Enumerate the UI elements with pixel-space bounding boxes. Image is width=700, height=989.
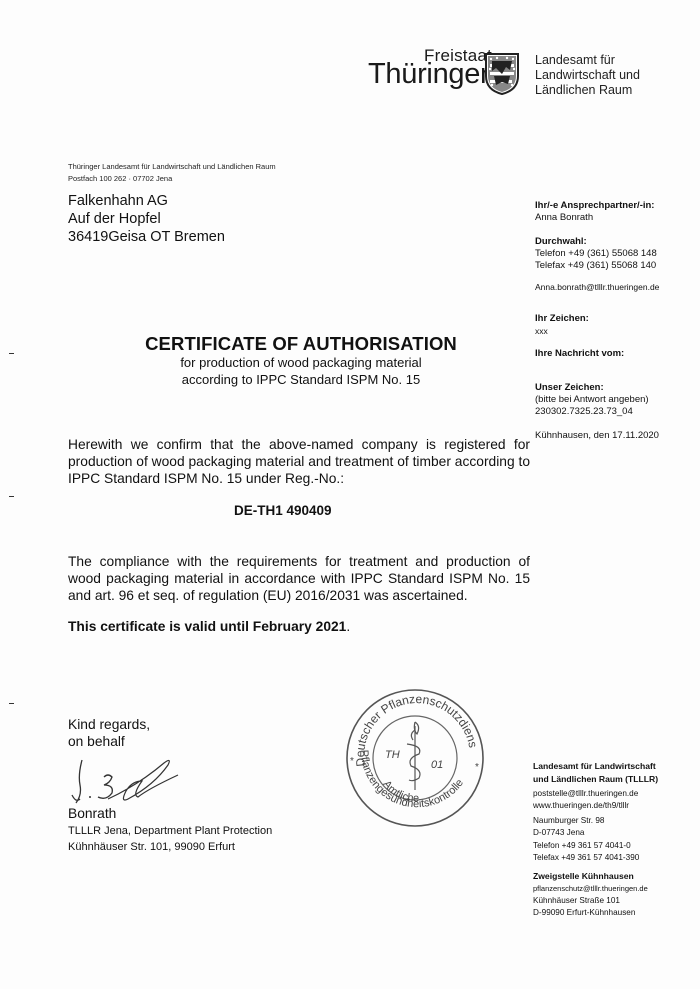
certificate-subtitle: for production of wood packaging materia… (130, 354, 472, 388)
direct-label: Durchwahl: (535, 236, 587, 247)
closing-on-behalf: on behalf (68, 733, 150, 750)
logo-thueringen: Thüringen (368, 58, 496, 91)
footer-phone-block: Telefon +49 361 57 4041-0 Telefax +49 36… (533, 840, 639, 864)
place-date: Kühnhausen, den 17.11.2020 (535, 430, 659, 442)
signer-address: Kühnhäuser Str. 101, 99090 Erfurt (68, 841, 235, 853)
recipient-address: Falkenhahn AG Auf der Hopfel 36419Geisa … (68, 192, 225, 246)
footer-branch-email[interactable]: pflanzenschutz@tlllr.thueringen.de (533, 883, 648, 895)
recipient-name: Falkenhahn AG (68, 192, 225, 210)
footer-branch: Zweigstelle Kühnhausen pflanzenschutz@tl… (533, 870, 648, 919)
footer-org-line-2: und Ländlichen Raum (TLLLR) (533, 774, 658, 784)
your-msg-label-text: Ihre Nachricht vom: (535, 348, 624, 359)
fold-mark (9, 496, 14, 497)
validity-text: This certificate is valid until February… (68, 619, 346, 634)
footer-street: Naumburger Str. 98 (533, 815, 604, 827)
footer-phone: Telefon +49 361 57 4041-0 (533, 840, 639, 852)
direct-dial-block: Durchwahl: Telefon +49 (361) 55068 148 T… (535, 236, 657, 272)
authority-name: Landesamt für Landwirtschaft und Ländlic… (535, 53, 640, 98)
footer-org-line-1: Landesamt für Landwirtschaft (533, 761, 656, 771)
footer-address: Naumburger Str. 98 D-07743 Jena (533, 815, 604, 839)
signer-department: TLLLR Jena, Department Plant Protection (68, 825, 272, 837)
authority-line: Landwirtschaft und (535, 68, 640, 83)
sender-line-2: Postfach 100 262 · 07702 Jena (68, 174, 172, 183)
footer-branch-city: D-99090 Erfurt-Kühnhausen (533, 907, 648, 919)
your-ref-block: Ihr Zeichen: xxx (535, 313, 589, 337)
our-ref-label: Unser Zeichen: (535, 382, 604, 393)
authority-line: Ländlichen Raum (535, 83, 640, 98)
coat-of-arms-icon (484, 52, 520, 96)
contact-fax: Telefax +49 (361) 55068 140 (535, 260, 657, 272)
footer-online: poststelle@tlllr.thueringen.de www.thuer… (533, 788, 638, 812)
footer-fax: Telefax +49 361 57 4041-390 (533, 852, 639, 864)
closing-regards: Kind regards, (68, 716, 150, 733)
validity-statement: This certificate is valid until February… (68, 619, 350, 634)
footer-branch-street: Kühnhäuser Straße 101 (533, 895, 648, 907)
contact-name: Anna Bonrath (535, 212, 654, 224)
stamp-inner-left: TH (385, 749, 400, 761)
footer-branch-label: Zweigstelle Kühnhausen (533, 871, 634, 881)
official-stamp: Deutscher Pflanzenschutzdienst Pflanzeng… (343, 686, 487, 830)
fold-mark (9, 353, 14, 354)
aesculapian-staff-icon (407, 722, 420, 790)
your-msg-label: Ihre Nachricht vom: (535, 348, 624, 360)
sender-line-1: Thüringer Landesamt für Landwirtschaft u… (68, 162, 276, 171)
subtitle-line-1: for production of wood packaging materia… (130, 354, 472, 371)
registration-number: DE-TH1 490409 (234, 503, 332, 518)
signer-name: Bonrath (68, 806, 116, 821)
recipient-street: Auf der Hopfel (68, 210, 225, 228)
fold-mark (9, 703, 14, 704)
your-ref: xxx (535, 325, 589, 337)
contact-block: Ihr/-e Ansprechpartner/-in: Anna Bonrath (535, 200, 654, 224)
confirmation-paragraph: Herewith we confirm that the above-named… (68, 436, 530, 487)
footer-web[interactable]: www.thueringen.de/th9/tlllr (533, 800, 638, 812)
contact-label: Ihr/-e Ansprechpartner/-in: (535, 200, 654, 211)
contact-phone: Telefon +49 (361) 55068 148 (535, 248, 657, 260)
contact-email[interactable]: Anna.bonrath@tlllr.thueringen.de (535, 281, 659, 293)
validity-period: . (346, 619, 350, 634)
authority-line: Landesamt für (535, 53, 640, 68)
footer-org: Landesamt für Landwirtschaft und Ländlic… (533, 760, 658, 786)
footer-city: D-07743 Jena (533, 827, 604, 839)
svg-text:*: * (350, 756, 354, 767)
compliance-paragraph: The compliance with the requirements for… (68, 553, 530, 604)
closing: Kind regards, on behalf (68, 716, 150, 750)
footer-email[interactable]: poststelle@tlllr.thueringen.de (533, 788, 638, 800)
svg-text:*: * (475, 762, 479, 773)
our-ref: 230302.7325.23.73_04 (535, 406, 649, 418)
stamp-inner-right: 01 (431, 759, 443, 771)
recipient-city: 36419Geisa OT Bremen (68, 228, 225, 246)
your-ref-label: Ihr Zeichen: (535, 313, 589, 324)
certificate-title: CERTIFICATE OF AUTHORISATION (143, 333, 459, 355)
subtitle-line-2: according to IPPC Standard ISPM No. 15 (130, 371, 472, 388)
our-ref-block: Unser Zeichen: (bitte bei Antwort angebe… (535, 382, 649, 418)
our-ref-note: (bitte bei Antwort angeben) (535, 394, 649, 406)
